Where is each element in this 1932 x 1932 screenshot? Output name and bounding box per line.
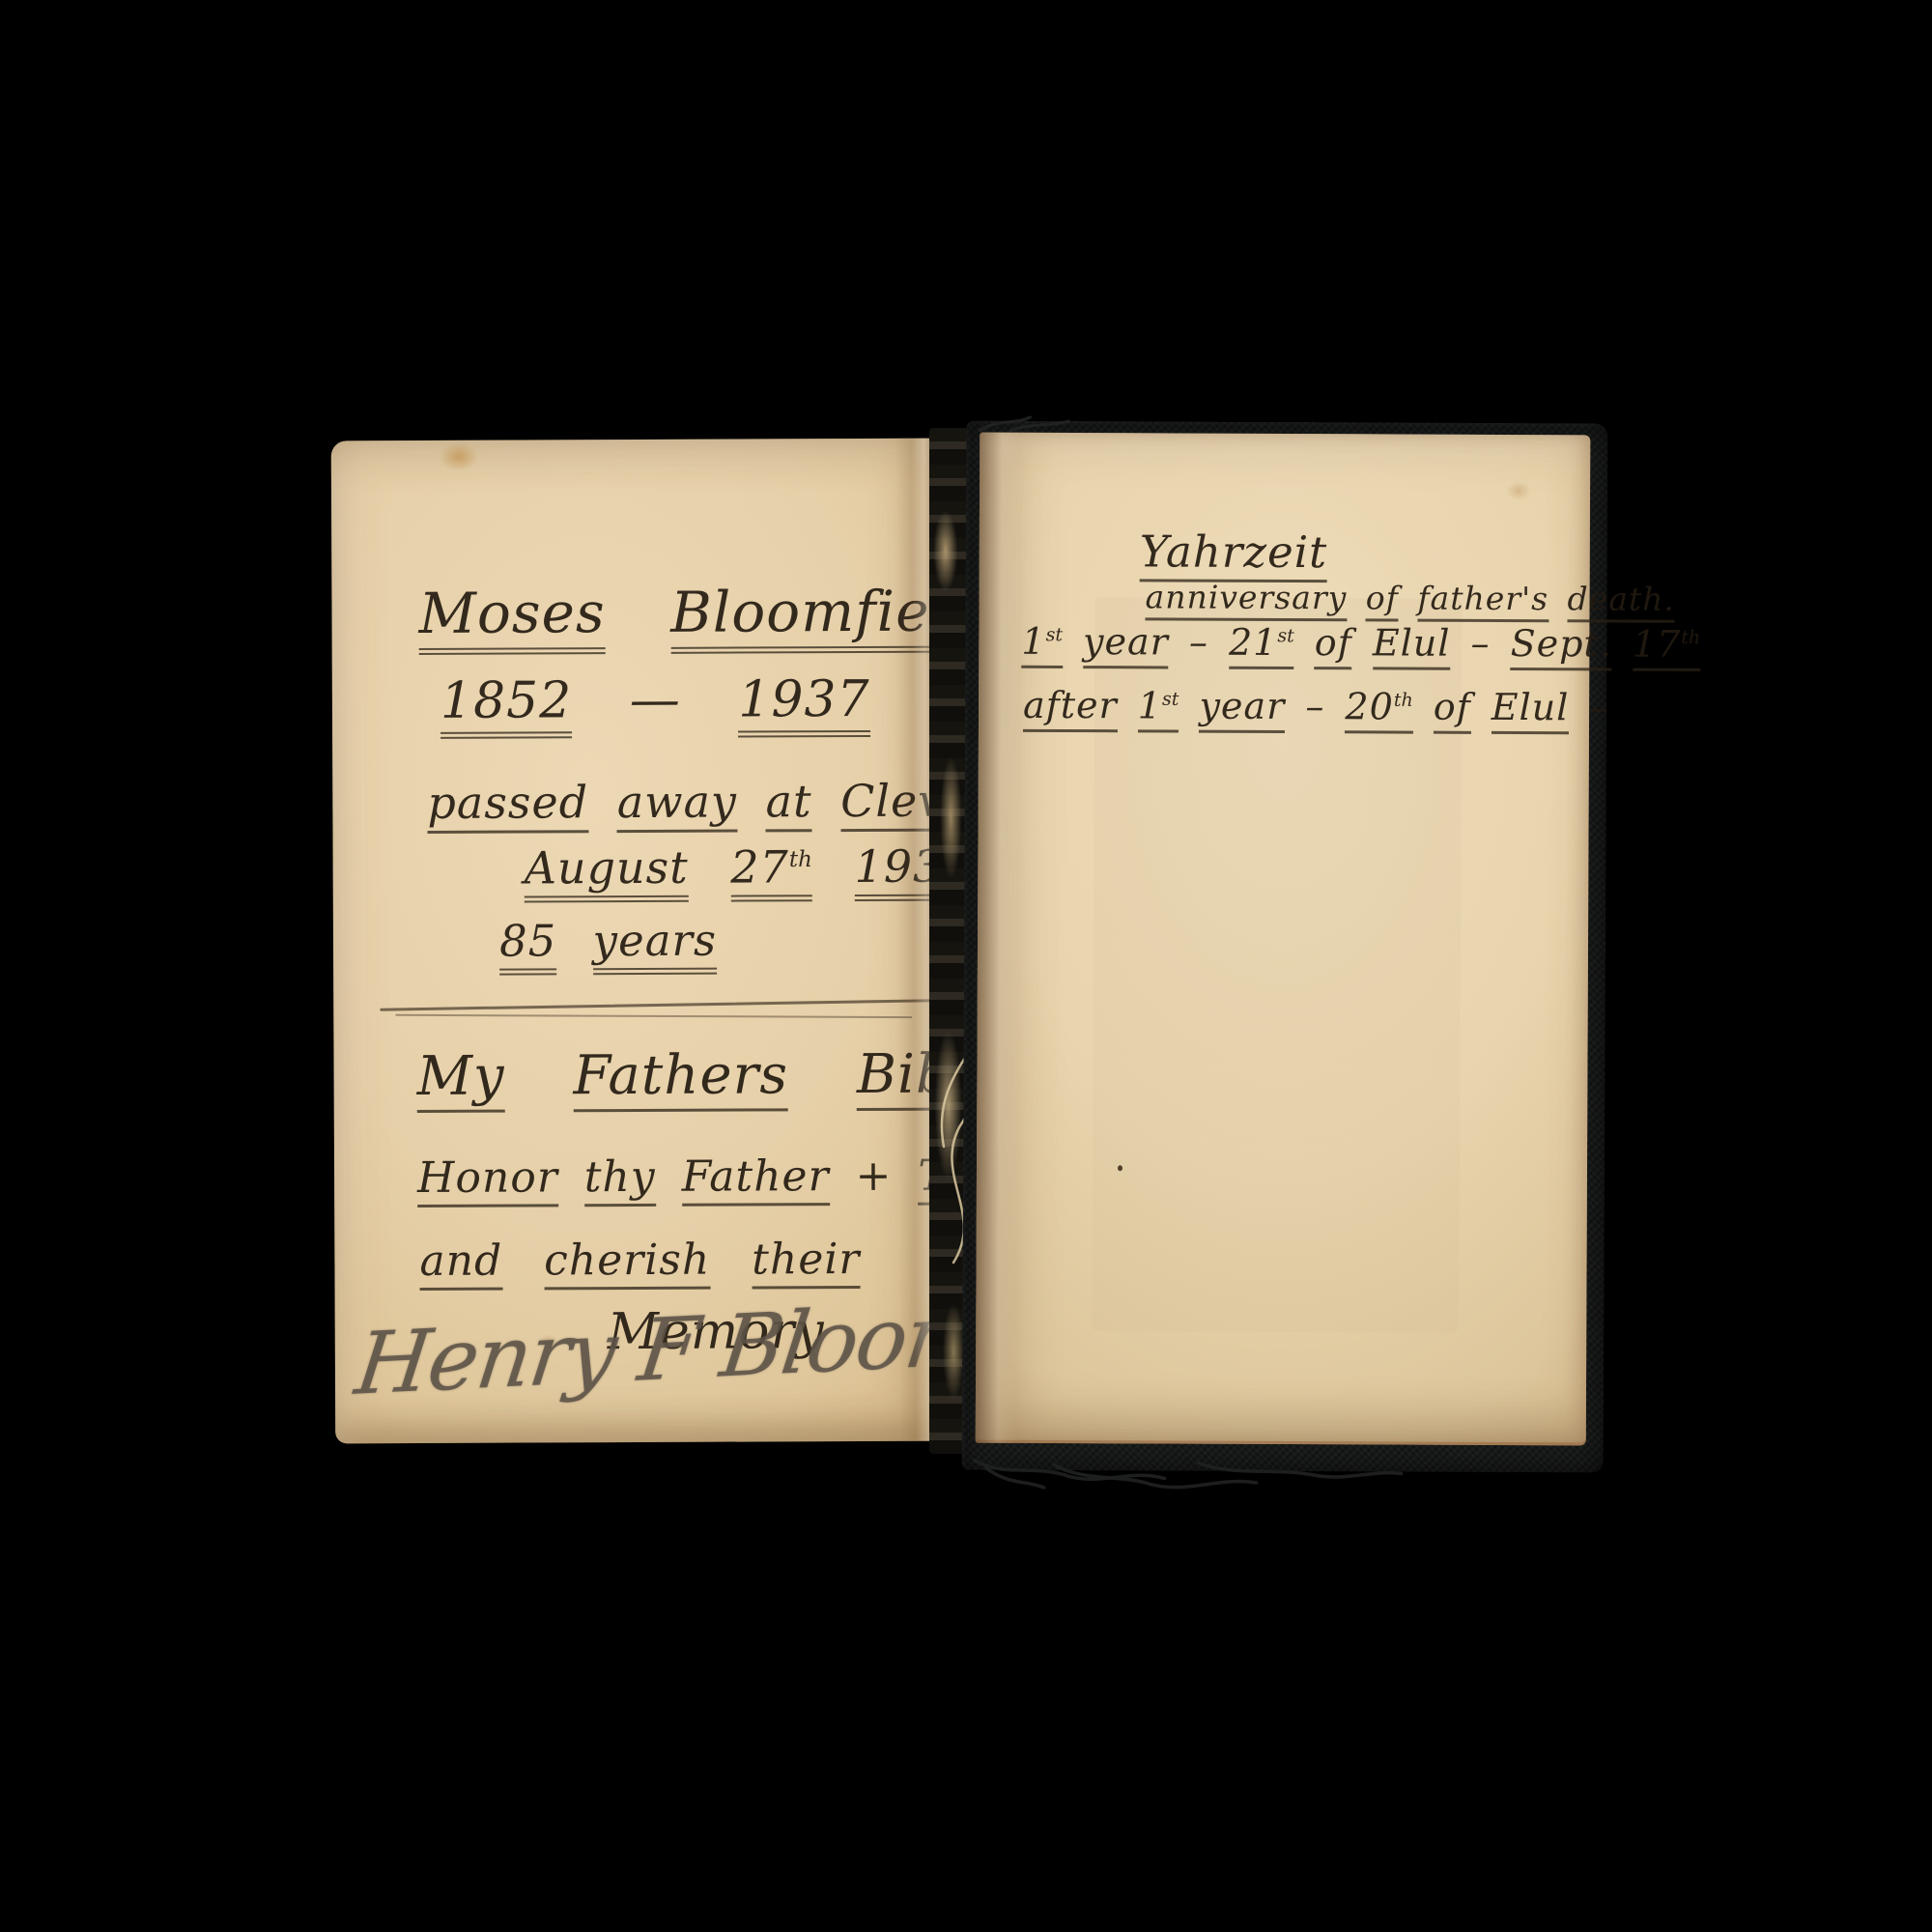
pen-divider [380, 1003, 942, 1019]
ink-dot [1118, 1165, 1122, 1171]
line-cherish: and cherish their [419, 1236, 860, 1291]
line-age: 85 years [499, 917, 717, 975]
left-page: Moses Bloomfield 1852 — 1937 passed away… [331, 439, 947, 1444]
divider-stroke [380, 999, 942, 1011]
frayed-cover-threads [967, 1453, 1411, 1493]
paper-stain [440, 442, 478, 471]
line-anniversary: anniversary of father's death. [1145, 580, 1675, 623]
line-yahrzeit: Yahrzeit [1140, 527, 1328, 582]
divider-stroke [395, 1014, 912, 1018]
line-name: Moses Bloomfield [418, 581, 985, 654]
right-page: Yahrzeit anniversary of father's death. … [976, 433, 1591, 1446]
line-first-year: 1st year – 21st of Elul – Sept. 17th [1021, 622, 1700, 671]
line-after-first-year: after 1st year – 20th of Elul – [1023, 686, 1609, 734]
paper-stain [1506, 481, 1531, 500]
book-cover: Yahrzeit anniversary of father's death. … [962, 421, 1608, 1473]
book-photo: Moses Bloomfield 1852 — 1937 passed away… [0, 0, 1932, 1932]
cover-thread-tuft [972, 410, 1088, 436]
line-dates: 1852 — 1937 [440, 672, 870, 739]
